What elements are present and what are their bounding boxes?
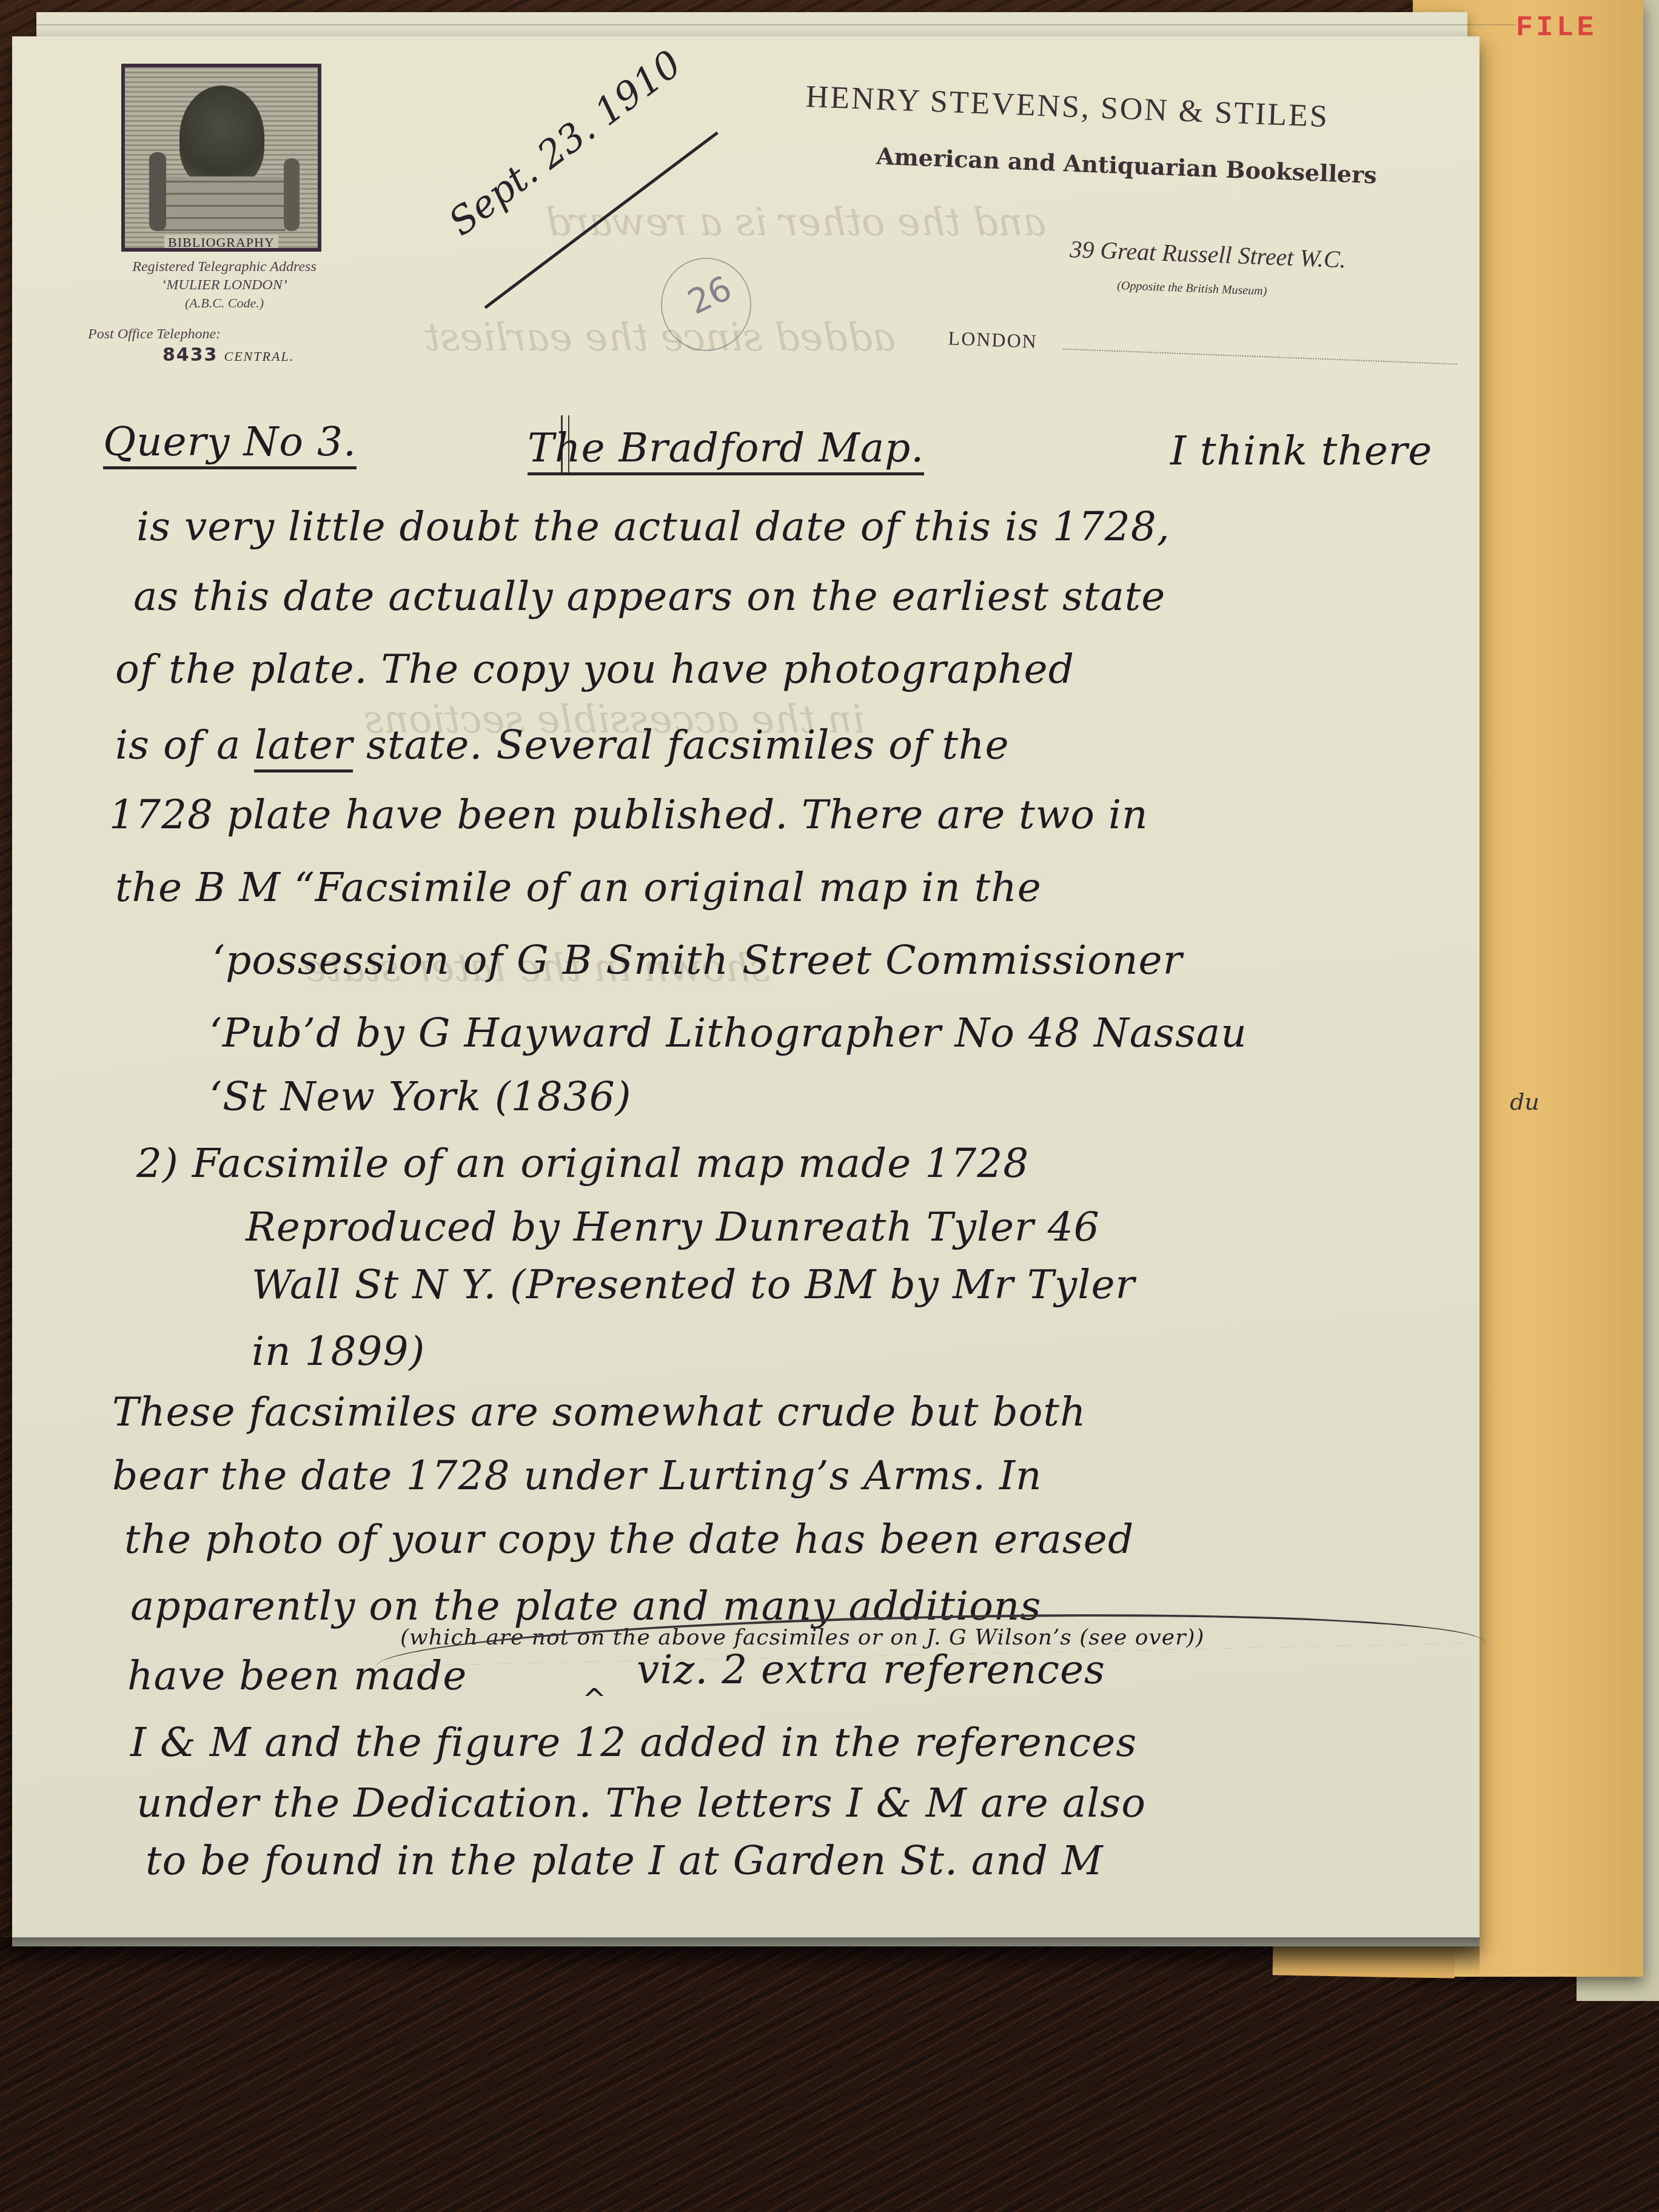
well-illustration [158, 176, 286, 231]
telegraphic-code: (A.B.C. Code.) [73, 294, 376, 312]
body-line: 1728 plate have been published. There ar… [109, 791, 1148, 838]
body-line: Reproduced by Henry Dunreath Tyler 46 [246, 1204, 1100, 1250]
telephone-number: 8433 [163, 344, 218, 366]
folder-file-stamp: FILE [1516, 12, 1597, 44]
vignette-label: BIBLIOGRAPHY [164, 235, 278, 250]
firm-city: LONDON [948, 327, 1037, 353]
body-line: the photo of your copy the date has been… [124, 1516, 1134, 1563]
body-line: as this date actually appears on the ear… [133, 573, 1165, 620]
body-line: I & M and the figure 12 added in the ref… [130, 1719, 1137, 1766]
bleed-through-text: added since the earliest [424, 315, 896, 360]
body-line: in 1899) [252, 1328, 425, 1375]
telegraphic-address: ‘MULIER LONDON’ [73, 276, 376, 294]
body-line: I think there [1170, 427, 1432, 474]
page-shadow [0, 1937, 1480, 1974]
body-line: have been made [127, 1652, 467, 1699]
telephone-number-line: 8433CENTRAL. [163, 344, 294, 366]
insertion-caret: ^ [582, 1683, 606, 1717]
body-line: ‘St New York (1836) [209, 1073, 632, 1120]
page-rule [36, 24, 1516, 25]
body-line: ‘possession of G B Smith Street Commissi… [212, 937, 1182, 984]
telephone-label: Post Office Telephone: [88, 326, 221, 343]
figure-illustration [149, 152, 166, 231]
body-line: to be found in the plate I at Garden St.… [146, 1837, 1104, 1884]
body-line: viz. 2 extra references [637, 1646, 1105, 1693]
body-line: is very little doubt the actual date of … [136, 503, 1170, 550]
body-line: These facsimiles are somewhat crude but … [112, 1389, 1087, 1435]
query-heading: Query No 3. [103, 418, 357, 465]
body-line: bear the date 1728 under Lurting’s Arms.… [112, 1452, 1042, 1499]
body-line: Wall St N Y. (Presented to BM by Mr Tyle… [252, 1261, 1135, 1308]
tree-illustration [179, 85, 264, 189]
body-line: is of a later state. Several facsimiles … [115, 722, 1010, 768]
body-line: ‘Pub’d by G Hayward Lithographer No 48 N… [209, 1010, 1247, 1056]
telegraphic-label: Registered Telegraphic Address [73, 258, 376, 276]
body-line: of the plate. The copy you have photogra… [115, 646, 1074, 692]
body-line: under the Dedication. The letters I & M … [136, 1780, 1146, 1826]
margin-fragment: du [1510, 1088, 1540, 1115]
body-line: the B M “Facsimile of an original map in… [115, 864, 1042, 911]
bibliography-vignette-logo: BIBLIOGRAPHY [121, 64, 321, 252]
telephone-exchange: CENTRAL. [224, 349, 295, 364]
figure-illustration [284, 158, 300, 231]
telegraphic-address-block: Registered Telegraphic Address ‘MULIER L… [73, 258, 376, 312]
body-line: 2) Facsimile of an original map made 172… [136, 1140, 1029, 1187]
subject-heading: The Bradford Map. [528, 424, 924, 471]
